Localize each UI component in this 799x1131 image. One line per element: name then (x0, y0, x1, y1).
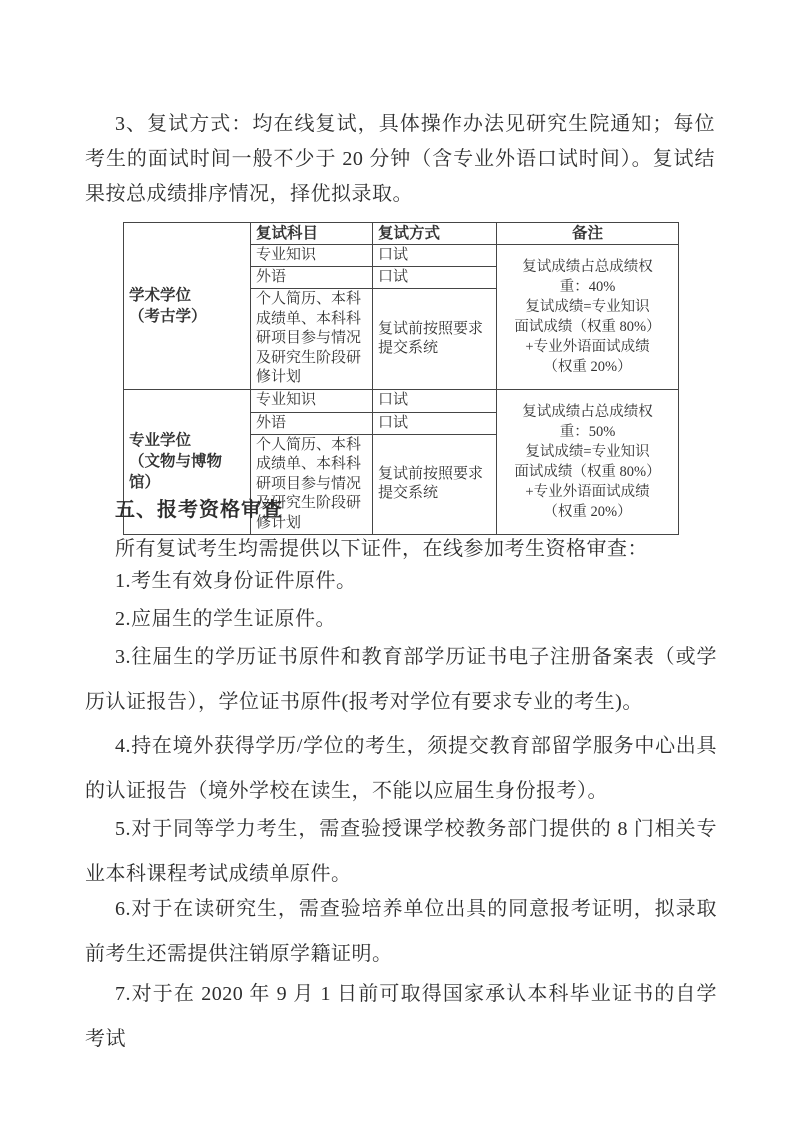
cell-remark-academic: 复试成绩占总成绩权 重：40% 复试成绩=专业知识 面试成绩（权重 80%） +… (497, 245, 679, 390)
requirement-item-5: 5.对于同等学力考生，需查验授课学校教务部门提供的 8 门相关专业本科课程考试成… (85, 807, 717, 897)
table-row: 专业学位 （文物与博物馆） 专业知识 口试 复试成绩占总成绩权 重：50% 复试… (124, 389, 679, 412)
cell-method: 口试 (373, 267, 497, 289)
cell-subject: 外语 (251, 412, 373, 434)
header-remark: 备注 (497, 223, 679, 245)
section-heading-qualification-review: 五、报考资格审查 (115, 495, 283, 525)
requirement-item-7: 7.对于在 2020 年 9 月 1 日前可取得国家承认本科毕业证书的自学考试 (85, 972, 717, 1062)
group-label-academic: 学术学位 （考古学） (124, 223, 251, 390)
document-page: 3、复试方式：均在线复试，具体操作办法见研究生院通知；每位考生的面试时间一般不少… (0, 0, 799, 1131)
cell-method: 复试前按照要求提交系统 (373, 434, 497, 535)
cell-method: 口试 (373, 389, 497, 412)
requirement-item-3: 3.往届生的学历证书原件和教育部学历证书电子注册备案表（或学历认证报告），学位证… (85, 635, 717, 725)
cell-method: 口试 (373, 245, 497, 267)
cell-remark-professional: 复试成绩占总成绩权 重：50% 复试成绩=专业知识 面试成绩（权重 80%） +… (497, 389, 679, 535)
paragraph-reexam-method: 3、复试方式：均在线复试，具体操作办法见研究生院通知；每位考生的面试时间一般不少… (85, 107, 715, 212)
header-method: 复试方式 (373, 223, 497, 245)
cell-subject: 专业知识 (251, 389, 373, 412)
cell-method: 复试前按照要求提交系统 (373, 289, 497, 390)
cell-subject: 专业知识 (251, 245, 373, 267)
cell-subject: 外语 (251, 267, 373, 289)
table-header-row: 学术学位 （考古学） 复试科目 复试方式 备注 (124, 223, 679, 245)
reexam-subjects-table: 学术学位 （考古学） 复试科目 复试方式 备注 专业知识 口试 复试成绩占总成绩… (123, 222, 679, 535)
cell-subject: 个人简历、本科成绩单、本科科研项目参与情况及研究生阶段研修计划 (251, 289, 373, 390)
requirement-item-4: 4.持在境外获得学历/学位的考生，须提交教育部留学服务中心出具的认证报告（境外学… (85, 724, 717, 814)
header-subject: 复试科目 (251, 223, 373, 245)
requirement-item-6: 6.对于在读研究生，需查验培养单位出具的同意报考证明，拟录取前考生还需提供注销原… (85, 887, 717, 977)
cell-method: 口试 (373, 412, 497, 434)
